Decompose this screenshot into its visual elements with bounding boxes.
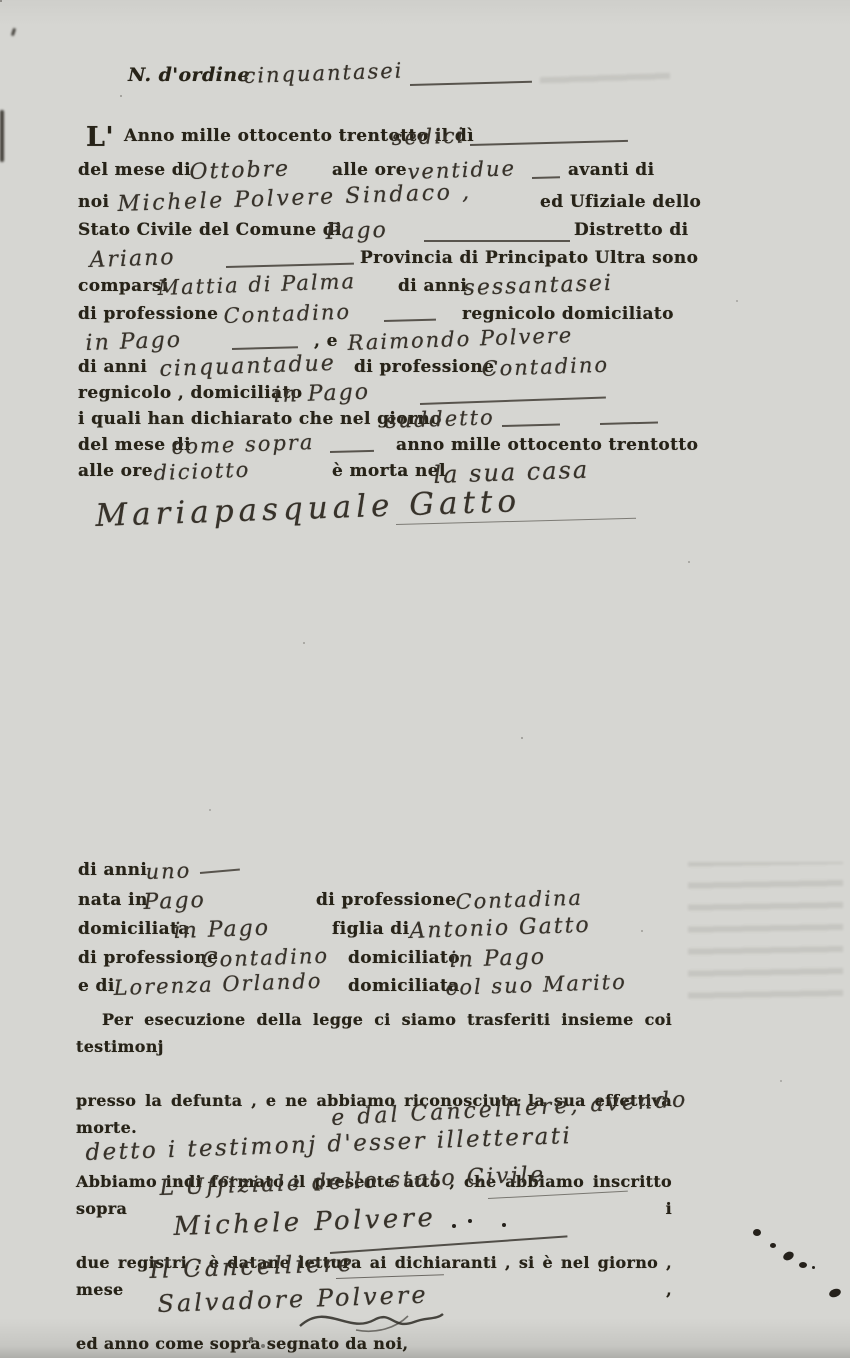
printed-text: Stato Civile del Comune di <box>78 220 342 240</box>
fill-line <box>502 423 560 427</box>
printed-text: alle ore <box>332 160 407 180</box>
official-signature-line: Michele Polvere <box>0 1212 850 1252</box>
printed-text: , e <box>314 331 338 351</box>
printed-text: di professione <box>316 890 456 910</box>
printed-text: Provincia di Principato Ultra sono <box>360 248 698 268</box>
signature-flourish <box>296 1300 446 1336</box>
death-month-handwritten: come sopra <box>171 430 315 459</box>
printed-text: ed Ufiziale dello <box>540 192 701 212</box>
comune-handwritten: Pago <box>325 218 388 245</box>
death-day-handwritten: suddetto <box>385 405 495 433</box>
fill-line <box>600 421 658 425</box>
profession-handwritten: Contadina <box>455 886 583 914</box>
declarant2-age-handwritten: cinquantadue <box>159 351 336 382</box>
month-handwritten: Ottobre <box>189 157 290 185</box>
mother-domicile-handwritten: col suo Marito <box>445 970 627 1000</box>
ink-dot <box>468 1219 472 1223</box>
ink-blot <box>812 1266 815 1269</box>
scanned-death-record-page: { "document": { "order": { "label": "N. … <box>0 0 850 1358</box>
drop-initial: L' <box>86 122 114 153</box>
fill-line <box>330 450 374 453</box>
father-name-handwritten: Antonio Gatto <box>409 913 591 944</box>
ink-blot <box>753 1229 761 1236</box>
ink-blot <box>770 1243 776 1248</box>
fill-line <box>420 397 606 405</box>
fill-line <box>384 319 436 322</box>
printed-text: di professione <box>78 948 218 968</box>
deceased-name-line: Mariapasquale Gatto <box>0 498 850 550</box>
fill-line <box>410 81 532 86</box>
printed-text: è morta nel <box>332 461 446 481</box>
printed-text: regnicolo , domiciliato <box>78 383 303 403</box>
printed-text: regnicolo domiciliato <box>462 304 674 324</box>
printed-text: noi <box>78 192 109 212</box>
printed-text: nata in <box>78 890 148 910</box>
printed-text: domiciliato <box>348 948 460 968</box>
printed-text: di professione <box>78 304 218 324</box>
father-profession-handwritten: Contadino <box>201 944 329 972</box>
printed-text: di anni <box>398 276 467 296</box>
printed-text: Distretto di <box>574 220 689 240</box>
declarant2-domicile-handwritten: in Pago <box>273 380 370 408</box>
declarant1-domicile-handwritten: in Pago <box>85 328 182 356</box>
ink-dot <box>502 1223 506 1227</box>
fill-line <box>532 176 560 179</box>
printed-text: figlia di <box>332 919 409 939</box>
printed-text: del mese di <box>78 160 191 180</box>
fill-line <box>200 869 240 874</box>
order-number-handwritten: cinquantasei <box>243 58 404 88</box>
ink-dot <box>452 1224 456 1228</box>
printed-text: di professione <box>354 357 494 377</box>
declarant1-age-handwritten: sessantasei <box>463 271 613 301</box>
paragraph-line: Per esecuzione della legge ci siamo tras… <box>76 1006 672 1087</box>
order-label: N. d'ordine <box>128 64 250 86</box>
printed-text: anno mille ottocento trentotto <box>396 435 698 455</box>
declarant2-profession-handwritten: Contadino <box>481 353 609 381</box>
paper-specks <box>0 0 2 2</box>
order-line: N. d'ordine cinquantasei <box>0 64 850 98</box>
death-hour-handwritten: diciotto <box>153 458 251 485</box>
signature-flourish-line <box>330 1235 568 1254</box>
domicile-handwritten: in Pago <box>173 916 270 944</box>
father-domicile-handwritten: in Pago <box>449 945 546 973</box>
birthplace-handwritten: Pago <box>143 888 206 915</box>
opening-line-1: L' Anno mille ottocento trentotto il dì … <box>0 126 850 160</box>
fill-line <box>232 346 298 350</box>
printed-text: avanti di <box>568 160 654 180</box>
printed-text: di anni <box>78 357 147 377</box>
printed-text: alle ore <box>78 461 153 481</box>
detail-age-line: di anni uno <box>0 860 850 894</box>
detail-mother-line: e di Lorenza Orlando domiciliata col suo… <box>0 976 850 1010</box>
distretto-handwritten: Ariano <box>89 245 176 273</box>
printed-text: di anni <box>78 860 147 880</box>
day-handwritten: sedici <box>391 123 466 150</box>
age-handwritten: uno <box>145 858 192 884</box>
signature-flourish-line <box>488 1191 628 1199</box>
fill-line <box>424 240 570 242</box>
fill-line <box>226 263 354 268</box>
printed-text: domiciliata <box>348 976 460 996</box>
ink-blot <box>799 1262 807 1268</box>
ink-speck <box>11 28 16 37</box>
printed-text: e di <box>78 976 115 996</box>
printed-text: comparsi <box>78 276 169 296</box>
declarant1-profession-handwritten: Contadino <box>223 300 351 328</box>
fill-line <box>470 140 628 146</box>
chancellor-title-handwritten: Il Cancelliere <box>149 1249 355 1284</box>
